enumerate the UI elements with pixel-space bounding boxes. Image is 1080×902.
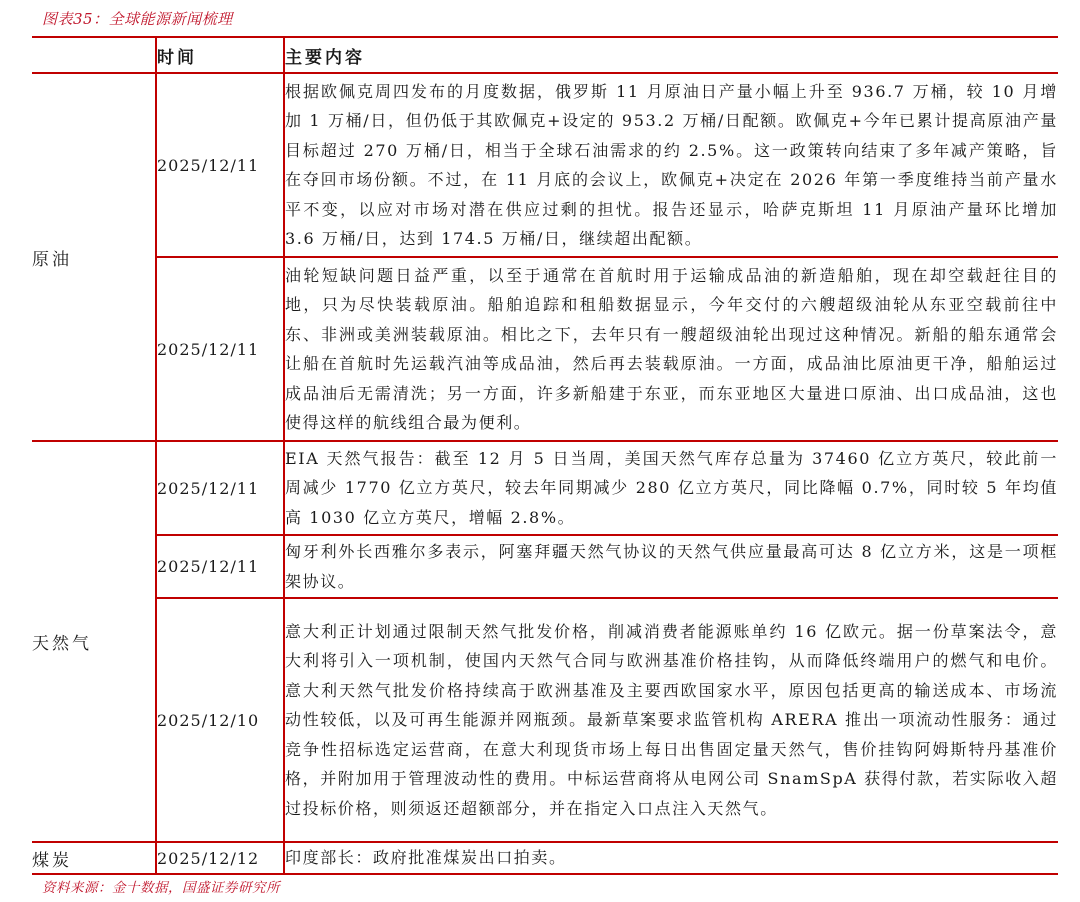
row-time: 2025/12/11 — [156, 257, 284, 441]
category-coal: 煤炭 — [32, 842, 156, 874]
row-time: 2025/12/11 — [156, 441, 284, 535]
figure-caption: 图表35：全球能源新闻梳理 — [42, 8, 233, 29]
source-note: 资料来源：金十数据，国盛证券研究所 — [42, 876, 280, 896]
table-row: 原油 2025/12/11 根据欧佩克周四发布的月度数据，俄罗斯 11 月原油日… — [32, 73, 1058, 257]
table-row: 2025/12/11 油轮短缺问题日益严重，以至于通常在首航时用于运输成品油的新… — [32, 257, 1058, 441]
table-row: 2025/12/10 意大利正计划通过限制天然气批发价格，削减消费者能源账单约 … — [32, 598, 1058, 842]
header-row: 时间 主要内容 — [32, 37, 1058, 73]
row-time: 2025/12/11 — [156, 535, 284, 598]
table-row: 天然气 2025/12/11 EIA 天然气报告：截至 12 月 5 日当周，美… — [32, 441, 1058, 535]
row-content: EIA 天然气报告：截至 12 月 5 日当周，美国天然气库存总量为 37460… — [284, 441, 1058, 535]
header-time: 时间 — [156, 37, 284, 73]
table-row: 2025/12/11 匈牙利外长西雅尔多表示，阿塞拜疆天然气协议的天然气供应量最… — [32, 535, 1058, 598]
category-oil: 原油 — [32, 73, 156, 441]
row-content: 匈牙利外长西雅尔多表示，阿塞拜疆天然气协议的天然气供应量最高可达 8 亿立方米，… — [284, 535, 1058, 598]
category-gas: 天然气 — [32, 441, 156, 842]
row-time: 2025/12/12 — [156, 842, 284, 874]
header-category — [32, 37, 156, 73]
table-row: 煤炭 2025/12/12 印度部长：政府批准煤炭出口拍卖。 — [32, 842, 1058, 874]
row-time: 2025/12/11 — [156, 73, 284, 257]
row-time: 2025/12/10 — [156, 598, 284, 842]
row-content: 意大利正计划通过限制天然气批发价格，削减消费者能源账单约 16 亿欧元。据一份草… — [284, 598, 1058, 842]
energy-news-table: 时间 主要内容 原油 2025/12/11 根据欧佩克周四发布的月度数据，俄罗斯… — [32, 36, 1058, 875]
row-content: 油轮短缺问题日益严重，以至于通常在首航时用于运输成品油的新造船舶，现在却空载赶往… — [284, 257, 1058, 441]
row-content: 印度部长：政府批准煤炭出口拍卖。 — [284, 842, 1058, 874]
row-content: 根据欧佩克周四发布的月度数据，俄罗斯 11 月原油日产量小幅上升至 936.7 … — [284, 73, 1058, 257]
header-content: 主要内容 — [284, 37, 1058, 73]
